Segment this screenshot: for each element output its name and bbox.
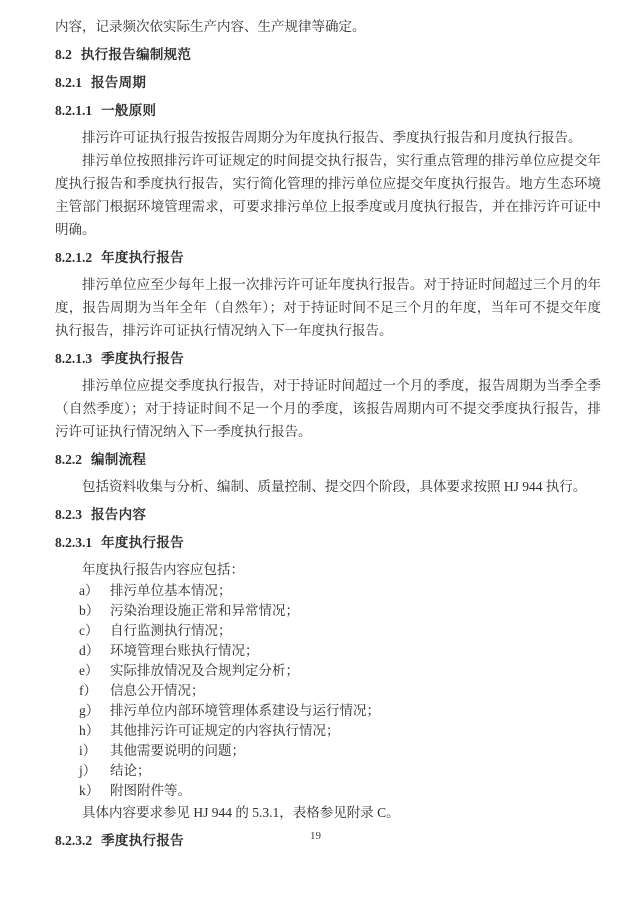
list-item-text: 排污单位基本情况； (110, 583, 232, 598)
section-number: 8.2.1 (55, 75, 82, 90)
section-number: 8.2.1.2 (55, 250, 92, 265)
list-item: e）实际排放情况及合规判定分析； (55, 661, 601, 681)
list-item-marker: c） (79, 621, 110, 641)
list-item-marker: h） (79, 721, 110, 741)
list-item: b）污染治理设施正常和异常情况； (55, 601, 601, 621)
list-item-text: 污染治理设施正常和异常情况； (110, 603, 299, 618)
section-title: 年度执行报告 (101, 535, 184, 550)
list-item-marker: k） (79, 781, 110, 801)
list-item-marker: j） (79, 761, 110, 781)
list-item: a）排污单位基本情况； (55, 581, 601, 601)
section-heading-8.2.1.1: 8.2.1.1一般原则 (55, 99, 601, 122)
body-paragraph: 排污单位应提交季度执行报告，对于持证时间超过一个月的季度，报告周期为当季全季（自… (55, 374, 601, 443)
section-title: 报告周期 (91, 75, 146, 90)
list-item-text: 自行监测执行情况； (110, 623, 232, 638)
list-item-marker: f） (79, 681, 110, 701)
section-heading-8.2.2: 8.2.2编制流程 (55, 448, 601, 471)
section-heading-8.2.3.1: 8.2.3.1年度执行报告 (55, 531, 601, 554)
body-paragraph: 年度执行报告内容应包括： (55, 558, 601, 581)
list-item-text: 实际排放情况及合规判定分析； (110, 663, 299, 678)
section-number: 8.2.1.3 (55, 351, 92, 366)
section-heading-8.2: 8.2执行报告编制规范 (55, 43, 601, 66)
section-title: 年度执行报告 (101, 250, 184, 265)
body-paragraph: 排污许可证执行报告按报告周期分为年度执行报告、季度执行报告和月度执行报告。 (55, 126, 601, 149)
list-item-marker: d） (79, 641, 110, 661)
section-title: 报告内容 (91, 507, 146, 522)
list-item-marker: a） (79, 581, 110, 601)
section-number: 8.2.3.1 (55, 535, 92, 550)
body-paragraph: 排污单位按照排污许可证规定的时间提交执行报告，实行重点管理的排污单位应提交年度执… (55, 149, 601, 241)
list-item: d）环境管理台账执行情况； (55, 641, 601, 661)
list-item: j）结论； (55, 761, 601, 781)
list-item-text: 其他排污许可证规定的内容执行情况； (110, 723, 340, 738)
section-heading-8.2.3: 8.2.3报告内容 (55, 503, 601, 526)
section-heading-8.2.1: 8.2.1报告周期 (55, 71, 601, 94)
section-number: 8.2 (55, 47, 72, 62)
section-title: 编制流程 (91, 452, 146, 467)
section-title: 执行报告编制规范 (81, 47, 191, 62)
list-item-marker: g） (79, 701, 110, 721)
list-item-text: 结论； (110, 763, 151, 778)
list-item-text: 环境管理台账执行情况； (110, 643, 259, 658)
list-item: c）自行监测执行情况； (55, 621, 601, 641)
list-item-marker: b） (79, 601, 110, 621)
section-title: 一般原则 (101, 103, 156, 118)
body-paragraph: 排污单位应至少每年上报一次排污许可证年度执行报告。对于持证时间超过三个月的年度，… (55, 273, 601, 342)
document-body: 内容，记录频次依实际生产内容、生产规律等确定。8.2执行报告编制规范8.2.1报… (55, 15, 601, 856)
list-item: g）排污单位内部环境管理体系建设与运行情况； (55, 701, 601, 721)
paragraph-continuation: 内容，记录频次依实际生产内容、生产规律等确定。 (55, 15, 601, 38)
list-item: i）其他需要说明的问题； (55, 741, 601, 761)
list-item: k）附图附件等。 (55, 781, 601, 801)
section-number: 8.2.2 (55, 452, 82, 467)
list-item-text: 信息公开情况； (110, 683, 205, 698)
document-page: 内容，记录频次依实际生产内容、生产规律等确定。8.2执行报告编制规范8.2.1报… (0, 0, 641, 920)
list-item: h）其他排污许可证规定的内容执行情况； (55, 721, 601, 741)
section-number: 8.2.3 (55, 507, 82, 522)
section-title: 季度执行报告 (101, 351, 184, 366)
page-number: 19 (0, 830, 631, 842)
list-item: f）信息公开情况； (55, 681, 601, 701)
section-heading-8.2.1.3: 8.2.1.3季度执行报告 (55, 347, 601, 370)
section-heading-8.2.1.2: 8.2.1.2年度执行报告 (55, 246, 601, 269)
section-number: 8.2.1.1 (55, 103, 92, 118)
body-paragraph: 包括资料收集与分析、编制、质量控制、提交四个阶段，具体要求按照 HJ 944 执… (55, 475, 601, 498)
list-item-marker: e） (79, 661, 110, 681)
body-paragraph: 具体内容要求参见 HJ 944 的 5.3.1，表格参见附录 C。 (55, 801, 601, 824)
list-item-text: 排污单位内部环境管理体系建设与运行情况； (110, 703, 380, 718)
list-item-text: 其他需要说明的问题； (110, 743, 245, 758)
list-item-marker: i） (79, 741, 110, 761)
list-item-text: 附图附件等。 (110, 783, 191, 798)
